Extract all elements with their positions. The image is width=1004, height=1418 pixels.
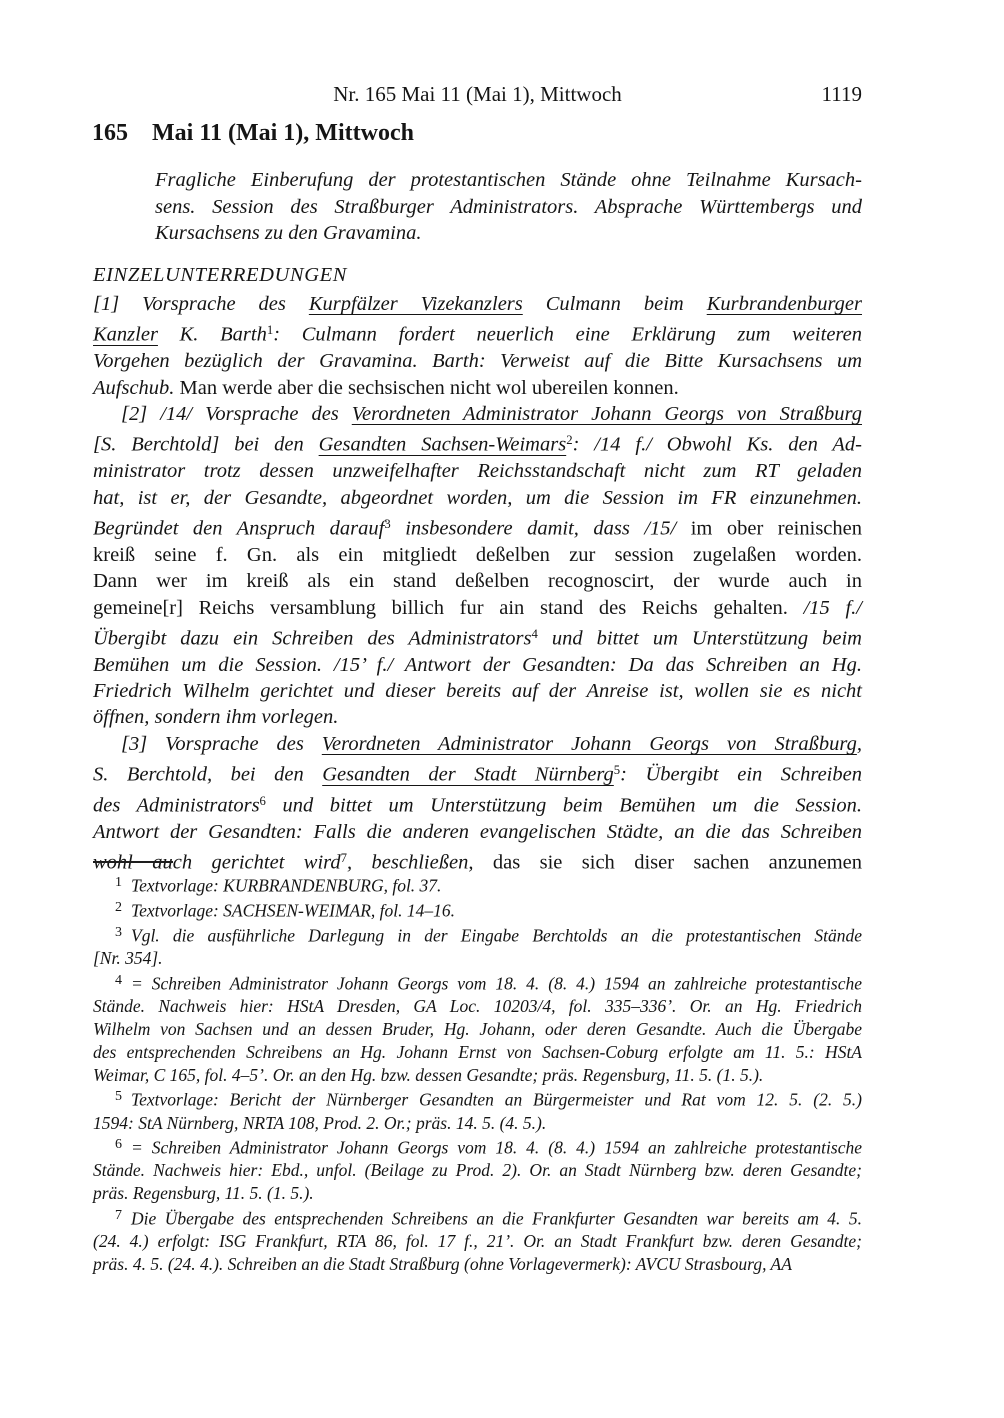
text-run: sens. Session des Straßburger Administra… <box>155 196 862 218</box>
running-head: Nr. 165 Mai 11 (Mai 1), Mittwoch <box>333 82 622 106</box>
section-heading: EINZELUNTERREDUNGEN <box>93 264 862 287</box>
text-run: = Schreiben Administrator Johann Georgs … <box>131 973 862 993</box>
text-run: Antwort der Gesandten: Falls die anderen… <box>93 821 862 843</box>
text-line: Bemühen um die Session. /15’ f./ Antwort… <box>93 652 862 678</box>
footnote-line: 5Textvorlage: Bericht der Nürnberger Ges… <box>93 1086 862 1111</box>
text-line: hat, ist er, der Gesandte, abgeordnet wo… <box>93 485 862 511</box>
text-run: (24. 4.) erfolgt: ISG Frankfurt, RTA 86,… <box>93 1231 862 1251</box>
summary-line: sens. Session des Straßburger Administra… <box>155 194 862 221</box>
summary-paragraph: Fragliche Einberufung der protestantisch… <box>155 167 862 247</box>
text-run: kreiß seine f. Gn. als ein mitgliedt deß… <box>93 544 862 566</box>
footnote-number: 4 <box>115 973 122 988</box>
text-run: Weimar, C 165, fol. 4–5’. Or. an den Hg.… <box>93 1065 763 1085</box>
text-run: Kurpfälzer Vizekanzlers <box>309 293 523 315</box>
footnote-line: Stände. Nachweis hier: HStA Dresden, GA … <box>93 995 862 1018</box>
text-line: [2] /14/ Vorsprache des Verordneten Admi… <box>93 401 862 427</box>
text-line: Dann wer im kreiß als ein stand deßelben… <box>93 568 862 594</box>
footnote-line: des entsprechenden Schreibens an Hg. Joh… <box>93 1041 862 1064</box>
footnotes: 1Textvorlage: KURBRANDENBURG, fol. 37.2T… <box>93 872 862 1276</box>
footnote-line: 3Vgl. die ausführliche Darlegung in der … <box>93 922 862 947</box>
text-run: gemeine[r] Reichs versamblung billich fu… <box>93 597 788 619</box>
text-run: Man werde aber die sechsischen nicht wol… <box>174 377 678 399</box>
text-run: [2] /14/ Vorsprache des <box>121 403 352 425</box>
text-line: Aufschub. Man werde aber die sechsischen… <box>93 375 862 401</box>
text-run: hat, ist er, der Gesandte, abgeordnet wo… <box>93 487 862 509</box>
footnote-line: [Nr. 354]. <box>93 947 862 970</box>
text-run: S. Berchtold, bei den <box>93 764 322 786</box>
footnote-number: 2 <box>115 900 122 915</box>
text-line: [S. Berchtold] bei den Gesandten Sachsen… <box>93 427 862 458</box>
text-run: [3] Vorsprache des <box>121 733 322 755</box>
main-text: [1] Vorsprache des Kurpfälzer Vizekanzle… <box>93 291 862 876</box>
text-run: [1] Vorsprache des <box>93 293 309 315</box>
text-run: Vgl. die ausführliche Darlegung in der E… <box>131 926 862 946</box>
text-run: das sie sich diser sachen anzunemen <box>473 852 862 874</box>
text-run: = Schreiben Administrator Johann Georgs … <box>131 1138 862 1158</box>
text-line: [1] Vorsprache des Kurpfälzer Vizekanzle… <box>93 291 862 317</box>
text-run: Übergibt dazu ein Schreiben des Administ… <box>93 627 531 649</box>
text-run: ministrator trotz dessen unzweifelhafter… <box>93 460 862 482</box>
text-line: Antwort der Gesandten: Falls die anderen… <box>93 819 862 845</box>
text-run: /15 f./ <box>788 597 862 619</box>
text-run: Aufschub. <box>93 377 174 399</box>
text-run: , beschließen, <box>347 852 473 874</box>
footnote-separator <box>93 861 173 863</box>
text-run: Wilhelm von Sachsen und an dessen Bruder… <box>93 1019 862 1039</box>
footnote-number: 1 <box>115 875 122 890</box>
entry-title: Mai 11 (Mai 1), Mittwoch <box>152 120 414 147</box>
footnote-line: 4= Schreiben Administrator Johann Georgs… <box>93 970 862 995</box>
text-line: Friedrich Wilhelm gerichtet und dieser b… <box>93 678 862 704</box>
footnote-line: (24. 4.) erfolgt: ISG Frankfurt, RTA 86,… <box>93 1230 862 1253</box>
footnote-line: Stände. Nachweis hier: Ebd., unfol. (Bei… <box>93 1159 862 1182</box>
footnote-number: 6 <box>115 1137 122 1152</box>
text-line: öffnen, sondern ihm vorlegen. <box>93 704 862 730</box>
text-run: Textvorlage: Bericht der Nürnberger Gesa… <box>131 1090 862 1110</box>
text-run: [S. Berchtold] bei den <box>93 434 319 456</box>
text-run: Kursachsens zu den Gravamina. <box>155 222 422 244</box>
text-run: : Übergibt ein Schreiben <box>620 764 862 786</box>
text-run: [Nr. 354]. <box>93 948 163 968</box>
text-run: Dann wer im kreiß als ein stand deßelben… <box>93 570 862 592</box>
text-line: gemeine[r] Reichs versamblung billich fu… <box>93 595 862 621</box>
page-number: 1119 <box>822 82 862 107</box>
text-line: des Administrators6 und bittet um Unters… <box>93 788 862 819</box>
text-run: Fragliche Einberufung der protestantisch… <box>155 169 862 191</box>
text-run: Vorgehen bezüglich der Gravamina. Barth:… <box>93 350 862 372</box>
text-line: kreiß seine f. Gn. als ein mitgliedt deß… <box>93 542 862 568</box>
text-run: Verordneten Administrator Johann Georgs … <box>322 733 857 755</box>
text-run: , <box>857 733 862 755</box>
text-run: Stände. Nachweis hier: Ebd., unfol. (Bei… <box>93 1160 862 1180</box>
entry-number: 165 <box>92 120 152 147</box>
text-run: und bittet um Unterstützung beim <box>538 627 862 649</box>
text-run: präs. 4. 5. (24. 4.). Schreiben an die S… <box>93 1254 792 1274</box>
text-run: : Culmann fordert neuerlich eine Erkläru… <box>273 324 862 346</box>
footnote-line: 1Textvorlage: KURBRANDENBURG, fol. 37. <box>93 872 862 897</box>
text-run: Kurbrandenburger <box>707 293 862 315</box>
text-line: Übergibt dazu ein Schreiben des Administ… <box>93 621 862 652</box>
text-run: Verordneten Administrator Johann Georgs … <box>352 403 862 425</box>
footnote-number: 5 <box>115 1089 122 1104</box>
footnote-line: präs. Regensburg, 11. 5. (1. 5.). <box>93 1182 862 1205</box>
text-run: Culmann beim <box>523 293 707 315</box>
footnote-line: 6= Schreiben Administrator Johann Georgs… <box>93 1134 862 1159</box>
text-run: Friedrich Wilhelm gerichtet und dieser b… <box>93 680 862 702</box>
text-run: Textvorlage: KURBRANDENBURG, fol. 37. <box>131 875 441 895</box>
text-run: insbesondere damit, dass /15/ <box>391 517 677 539</box>
text-run: des entsprechenden Schreibens an Hg. Joh… <box>93 1042 862 1062</box>
text-line: Vorgehen bezüglich der Gravamina. Barth:… <box>93 348 862 374</box>
text-line: S. Berchtold, bei den Gesandten der Stad… <box>93 757 862 788</box>
text-run: präs. Regensburg, 11. 5. (1. 5.). <box>93 1183 314 1203</box>
footnote-line: 1594: StA Nürnberg, NRTA 108, Prod. 2. O… <box>93 1112 862 1135</box>
text-run: : /14 f./ Obwohl Ks. den Ad- <box>573 434 862 456</box>
footnote-line: 2Textvorlage: SACHSEN-WEIMAR, fol. 14–16… <box>93 897 862 922</box>
footnote-line: Wilhelm von Sachsen und an dessen Bruder… <box>93 1018 862 1041</box>
book-page: Nr. 165 Mai 11 (Mai 1), Mittwoch 1119 16… <box>0 0 1004 1418</box>
footnote-line: 7Die Übergabe des entsprechenden Schreib… <box>93 1205 862 1230</box>
footnote-number: 7 <box>115 1208 122 1223</box>
text-line: Begründet den Anspruch darauf3 insbesond… <box>93 511 862 542</box>
text-run: und bittet um Unterstützung beim Bemühen… <box>266 794 862 816</box>
summary-line: Fragliche Einberufung der protestantisch… <box>155 167 862 194</box>
text-run: öffnen, sondern ihm vorlegen. <box>93 706 338 728</box>
running-head-row: Nr. 165 Mai 11 (Mai 1), Mittwoch 1119 <box>93 82 862 107</box>
text-run: K. Barth <box>158 324 267 346</box>
text-run: Kanzler <box>93 324 158 346</box>
text-line: ministrator trotz dessen unzweifelhafter… <box>93 458 862 484</box>
footnote-line: Weimar, C 165, fol. 4–5’. Or. an den Hg.… <box>93 1064 862 1087</box>
text-line: [3] Vorsprache des Verordneten Administr… <box>93 731 862 757</box>
text-run: Begründet den Anspruch darauf <box>93 517 384 539</box>
text-run: Die Übergabe des entsprechenden Schreibe… <box>131 1208 862 1228</box>
text-run: Textvorlage: SACHSEN-WEIMAR, fol. 14–16. <box>131 900 455 920</box>
summary-line: Kursachsens zu den Gravamina. <box>155 220 862 247</box>
footnote-line: präs. 4. 5. (24. 4.). Schreiben an die S… <box>93 1253 862 1276</box>
text-line: Kanzler K. Barth1: Culmann fordert neuer… <box>93 317 862 348</box>
text-run: im ober reinischen <box>676 517 862 539</box>
text-run: Gesandten Sachsen-Weimars <box>319 434 567 456</box>
text-run: Gesandten der Stadt Nürnberg <box>322 764 614 786</box>
text-run: Bemühen um die Session. /15’ f./ Antwort… <box>93 654 862 676</box>
entry-heading: 165 Mai 11 (Mai 1), Mittwoch <box>92 120 861 147</box>
footnote-number: 3 <box>115 925 122 940</box>
text-run: Stände. Nachweis hier: HStA Dresden, GA … <box>93 996 862 1016</box>
text-run: 1594: StA Nürnberg, NRTA 108, Prod. 2. O… <box>93 1113 546 1133</box>
text-run: des Administrators <box>93 794 260 816</box>
